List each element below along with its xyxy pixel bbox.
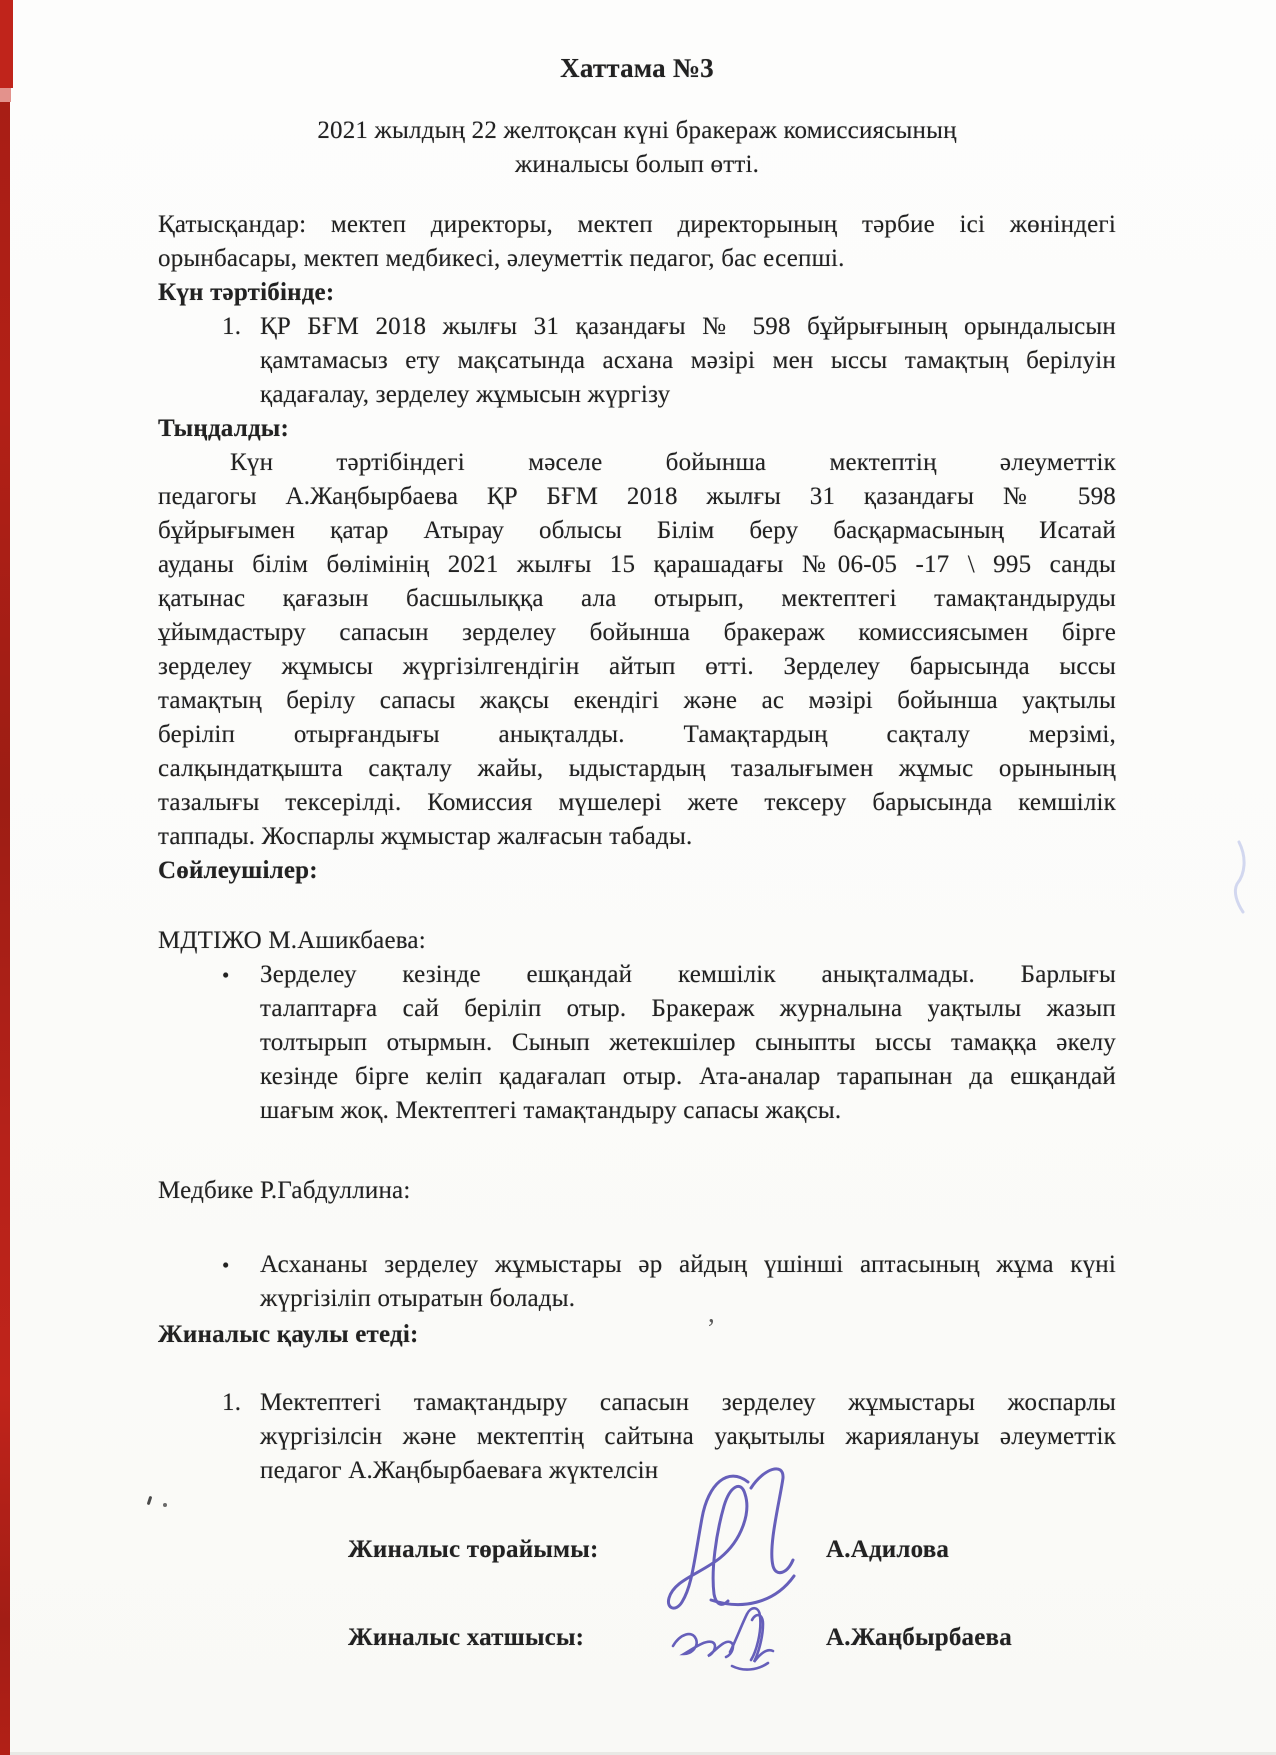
chair-signature-label: Жиналыс төрайымы: <box>348 1533 660 1567</box>
text-line: ұйымдастыру сапасын зерделеу бойынша бра… <box>158 616 1116 650</box>
secretary-signature-label: Жиналыс хатшысы: <box>348 1621 660 1655</box>
text-line: тазалығы тексерілді. Комиссия мүшелері ж… <box>158 786 1116 820</box>
pen-speck <box>163 1503 167 1507</box>
text-line: зерделеу жұмысы жүргізілгендігін айтып ө… <box>158 650 1116 684</box>
secretary-signature-name: А.Жаңбырбаева <box>826 1621 1012 1655</box>
chair-signature-ink <box>660 1522 820 1578</box>
speaker-1-statement-text: Зерделеу кезінде ешқандай кемшілік анықт… <box>260 958 1116 1128</box>
red-stripe-segment <box>0 0 13 88</box>
text-line: қатынас қағазын басшылыққа ала отырып, м… <box>158 582 1116 616</box>
bullet-icon: • <box>222 1248 260 1316</box>
speakers-heading: Сөйлеушілер: <box>158 854 1116 888</box>
speaker-1-name: МДТІЖО М.Ашикбаева: <box>158 924 1116 958</box>
red-stripe-segment <box>0 88 11 102</box>
speaker-2-statement: • Асхананы зерделеу жұмыстары әр айдың ү… <box>158 1248 1116 1316</box>
secretary-signature-ink <box>660 1610 820 1666</box>
scan-ink-smudge <box>1230 840 1256 914</box>
text-line: орынбасары, мектеп медбикесі, әлеуметтік… <box>158 242 1116 276</box>
secretary-signature-row: Жиналыс хатшысы: А.Жаңбырбаева <box>158 1610 1116 1666</box>
text-line: тамақтың берілу сапасы жақсы екендігі жә… <box>158 684 1116 718</box>
text-line: қадағалау, зерделеу жұмысын жүргізу <box>260 378 1116 412</box>
bullet-icon: • <box>222 958 260 1128</box>
resolution-heading: Жиналыс қаулы етеді: <box>158 1318 1116 1352</box>
text-line: таппады. Жоспарлы жұмыстар жалғасын таба… <box>158 820 1116 854</box>
resolution-item-1: 1. Мектептегі тамақтандыру сапасын зерде… <box>158 1386 1116 1488</box>
text-line: жиналысы болып өтті. <box>158 148 1116 182</box>
text-line: педагогы А.Жаңбырбаева ҚР БҒМ 2018 жылғы… <box>158 480 1116 514</box>
text-line: беріліп отырғандығы анықталды. Тамақтард… <box>158 718 1116 752</box>
text-line: толтырып отырмын. Сынып жетекшілер сынып… <box>260 1026 1116 1060</box>
text-line: талаптарға сай беріліп отыр. Бракераж жу… <box>260 992 1116 1026</box>
heard-paragraph: Күн тәртібіндегі мәселе бойынша мектепті… <box>158 446 1116 854</box>
attendees-paragraph: Қатысқандар: мектеп директоры, мектеп ди… <box>158 208 1116 276</box>
text-line: 2021 жылдың 22 желтоқсан күні бракераж к… <box>158 114 1116 148</box>
red-stripe-segment <box>0 102 10 1755</box>
handwritten-signature-icon <box>656 1458 806 1608</box>
scanned-document-page: , Хаттама №3 2021 жылдың 22 желтоқсан кү… <box>0 0 1276 1755</box>
stray-pen-mark: , <box>708 1298 715 1329</box>
chair-signature-row: Жиналыс төрайымы: А.Адилова <box>158 1522 1116 1578</box>
speaker-2-statement-text: Асхананы зерделеу жұмыстары әр айдың үші… <box>260 1248 1116 1316</box>
text-line: Мектептегі тамақтандыру сапасын зерделеу… <box>260 1386 1116 1420</box>
text-line: жүргізілсін және мектептің сайтына уақыт… <box>260 1420 1116 1454</box>
text-line: ҚР БҒМ 2018 жылғы 31 қазандағы № 598 бұй… <box>260 310 1116 344</box>
pen-speck <box>147 1496 153 1505</box>
agenda-heading: Күн тәртібінде: <box>158 276 1116 310</box>
speaker-1-statement: • Зерделеу кезінде ешқандай кемшілік аны… <box>158 958 1116 1128</box>
document-subtitle: 2021 жылдың 22 желтоқсан күні бракераж к… <box>158 114 1116 182</box>
scan-left-edge-artifact <box>0 0 16 1755</box>
speaker-2-name: Медбике Р.Габдуллина: <box>158 1174 1116 1208</box>
chair-signature-name: А.Адилова <box>826 1533 949 1567</box>
text-line: кезінде бірге келіп қадағалап отыр. Ата-… <box>260 1060 1116 1094</box>
text-line: салқындатқышта сақталу жайы, ыдыстардың … <box>158 752 1116 786</box>
handwritten-signature-icon <box>668 1602 788 1674</box>
text-line: жүргізіліп отыратын болады. <box>260 1282 1116 1316</box>
text-line: қамтамасыз ету мақсатында асхана мәзірі … <box>260 344 1116 378</box>
agenda-item-text: ҚР БҒМ 2018 жылғы 31 қазандағы № 598 бұй… <box>260 310 1116 412</box>
heard-heading: Тыңдалды: <box>158 412 1116 446</box>
agenda-item-1: 1. ҚР БҒМ 2018 жылғы 31 қазандағы № 598 … <box>158 310 1116 412</box>
page-title: Хаттама №3 <box>158 50 1116 86</box>
text-line: Күн тәртібіндегі мәселе бойынша мектепті… <box>158 446 1116 480</box>
text-line: ауданы білім бөлімінің 2021 жылғы 15 қар… <box>158 548 1116 582</box>
text-line: бұйрығымен қатар Атырау облысы Білім бер… <box>158 514 1116 548</box>
text-line: Зерделеу кезінде ешқандай кемшілік анықт… <box>260 958 1116 992</box>
document-body: Хаттама №3 2021 жылдың 22 желтоқсан күні… <box>158 50 1116 1666</box>
text-line: шағым жоқ. Мектептегі тамақтандыру сапас… <box>260 1094 1116 1128</box>
text-line: Қатысқандар: мектеп директоры, мектеп ди… <box>158 208 1116 242</box>
list-number: 1. <box>222 310 260 412</box>
text-line: Асхананы зерделеу жұмыстары әр айдың үші… <box>260 1248 1116 1282</box>
list-number: 1. <box>222 1386 260 1488</box>
